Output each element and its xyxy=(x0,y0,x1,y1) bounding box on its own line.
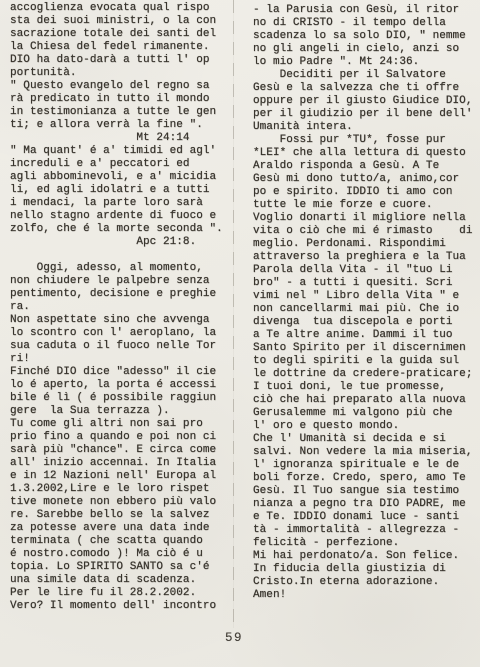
text-line: Araldo risponda a Gesù. A Te xyxy=(253,160,473,173)
text-line: lo scontro con l' aeroplano, la xyxy=(10,327,223,340)
text-line: meglio. Perdonami. Rispondimi xyxy=(253,238,473,251)
text-line: Voglio donarti il migliore nella xyxy=(253,212,473,225)
text-line: rà predicato in tutto il mondo xyxy=(10,93,223,106)
text-line: Gesù e la salvezza che ti offre xyxy=(253,82,473,95)
text-line: in testimonianza a tutte le gen xyxy=(10,106,223,119)
text-line: tutte le mie forze e cuore. xyxy=(253,199,473,212)
text-line: no di CRISTO - il tempo della xyxy=(253,17,473,30)
text-line: topia. Lo SPIRITO SANTO sa c'é xyxy=(10,561,223,574)
text-line: ra. xyxy=(10,301,223,314)
text-line: Gerusalemme mi valgono più che xyxy=(253,407,473,420)
text-line: nello stagno ardente di fuoco e xyxy=(10,210,223,223)
text-line: sta dei suoi ministri, o la con xyxy=(10,15,223,28)
scanned-typewritten-page: accoglienza evocata qual risposta dei su… xyxy=(0,0,480,667)
text-line: ciò che hai preparato alla nuova xyxy=(253,394,473,407)
text-column-left: accoglienza evocata qual risposta dei su… xyxy=(10,2,223,613)
text-line: vimi nel " Libro della Vita " e xyxy=(253,290,473,303)
text-line: pentimento, decisione e preghie xyxy=(10,288,223,301)
text-line xyxy=(10,249,223,262)
text-line: all' inizio accennai. In Italia xyxy=(10,457,223,470)
text-line: bile é lì ( é possibile raggiun xyxy=(10,392,223,405)
text-line: - la Parusia con Gesù, il ritor xyxy=(253,4,473,17)
text-line: non chiudere le palpebre senza xyxy=(10,275,223,288)
text-line: terminata ( che scatta quando xyxy=(10,535,223,548)
text-line: Apc 21:8. xyxy=(10,236,223,249)
text-line: scadenza lo sa solo DIO, " nemme xyxy=(253,30,473,43)
text-line: attraverso la preghiera e la Tua xyxy=(253,251,473,264)
text-line: e in 12 Nazioni nell' Europa al xyxy=(10,470,223,483)
page-number: 59 xyxy=(214,630,254,646)
text-line: no gli angeli in cielo, anzi so xyxy=(253,43,473,56)
text-line: oppure per il giusto Giudice DIO, xyxy=(253,95,473,108)
text-line: Amen! xyxy=(253,589,473,602)
text-line: bro" - a tutti i quesiti. Scri xyxy=(253,277,473,290)
text-line: Per le lire fu il 28.2.2002. xyxy=(10,587,223,600)
text-line: sua caduta o il fuoco nelle Tor xyxy=(10,340,223,353)
text-line: tà - immortalità - allegrezza - xyxy=(253,524,473,537)
text-line: *LEI* che alla lettura di questo xyxy=(253,147,473,160)
text-line: Tu come gli altri non sai pro xyxy=(10,418,223,431)
text-line: una simile data di scadenza. xyxy=(10,574,223,587)
text-line: agli abbominevoli, e a' micidia xyxy=(10,171,223,184)
text-line: ti; e allora verrà la fine ". xyxy=(10,119,223,132)
text-line: Cristo.In eterna adorazione. xyxy=(253,576,473,589)
text-line: Mt 24:14 xyxy=(10,132,223,145)
text-line: Gesù. Il Tuo sangue sia testimo xyxy=(253,485,473,498)
text-line: ri! xyxy=(10,353,223,366)
text-line: lo é aperto, la porta é accessi xyxy=(10,379,223,392)
text-line: Finché DIO dice "adesso" il cie xyxy=(10,366,223,379)
text-line: non cancellarmi mai più. Che io xyxy=(253,303,473,316)
text-line: Non aspettate sino che avvenga xyxy=(10,314,223,327)
text-line: Umanità intera. xyxy=(253,121,473,134)
text-line: e Te. IDDIO donami luce - santi xyxy=(253,511,473,524)
text-line: a Te altre anime. Dammi il tuo xyxy=(253,329,473,342)
text-line: l' oro e questo mondo. xyxy=(253,420,473,433)
text-line: za potesse avere una data inde xyxy=(10,522,223,535)
text-line: po e spirito. IDDIO ti amo con xyxy=(253,186,473,199)
text-line: per il giudizio per il bene dell' xyxy=(253,108,473,121)
text-line: accoglienza evocata qual rispo xyxy=(10,2,223,15)
text-line: DIO ha dato-darà a tutti l' op xyxy=(10,54,223,67)
text-line: " Questo evangelo del regno sa xyxy=(10,80,223,93)
text-line: re. Sarebbe bello se la salvez xyxy=(10,509,223,522)
text-line: Fossi pur *TU*, fosse pur xyxy=(253,134,473,147)
page-fold-line xyxy=(233,0,234,628)
text-line: Mi hai perdonato/a. Son felice. xyxy=(253,550,473,563)
text-line: Santo Spirito per il discernimen xyxy=(253,342,473,355)
text-line: felicità - perfezione. xyxy=(253,537,473,550)
text-line: gere la Sua terrazza ). xyxy=(10,405,223,418)
text-line: " Ma quant' é a' timidi ed agl' xyxy=(10,145,223,158)
text-line: prio fino a quando e poi non ci xyxy=(10,431,223,444)
text-line: le dottrine da credere-praticare; xyxy=(253,368,473,381)
text-line: i mendaci, la parte loro sarà xyxy=(10,197,223,210)
text-line: nianza a pegno tra DIO PADRE, me xyxy=(253,498,473,511)
text-line: portunità. xyxy=(10,67,223,80)
text-line: Vero? Il momento dell' incontro xyxy=(10,600,223,613)
text-line: tive monete non ebbero più valo xyxy=(10,496,223,509)
text-line: sarà più "chance". E circa come xyxy=(10,444,223,457)
text-line: vita o ciò che mi é rimasto di xyxy=(253,225,473,238)
text-line: boli forze. Credo, spero, amo Te xyxy=(253,472,473,485)
text-column-right: - la Parusia con Gesù, il ritorno di CRI… xyxy=(253,4,473,602)
text-line: In fiducia della giustizia di xyxy=(253,563,473,576)
text-line: lo mio Padre ". Mt 24:36. xyxy=(253,56,473,69)
text-line: zolfo, che é la morte seconda ". xyxy=(10,223,223,236)
text-line: sacrazione totale dei santi del xyxy=(10,28,223,41)
text-line: l' ignoranza spirituale e le de xyxy=(253,459,473,472)
text-line: Gesù mi dono tutto/a, animo,cor xyxy=(253,173,473,186)
text-line: I tuoi doni, le tue promesse, xyxy=(253,381,473,394)
text-line: Parola della Vita - il "tuo Li xyxy=(253,264,473,277)
text-line: Che l' Umanità si decida e si xyxy=(253,433,473,446)
text-line: Deciditi per il Salvatore xyxy=(253,69,473,82)
text-line: é nostro.comodo )! Ma ciò é u xyxy=(10,548,223,561)
text-line: la Chiesa del fedel rimanente. xyxy=(10,41,223,54)
text-line: divenga tua discepola e porti xyxy=(253,316,473,329)
text-line: Oggi, adesso, al momento, xyxy=(10,262,223,275)
text-line: salvi. Non vedere la mia miseria, xyxy=(253,446,473,459)
text-line: li, ed agli idolatri e a tutti xyxy=(10,184,223,197)
text-line: 1.3.2002,Lire e le loro rispet xyxy=(10,483,223,496)
text-line: increduli e a' peccatori ed xyxy=(10,158,223,171)
text-line: to degli spiriti e la guida sul xyxy=(253,355,473,368)
